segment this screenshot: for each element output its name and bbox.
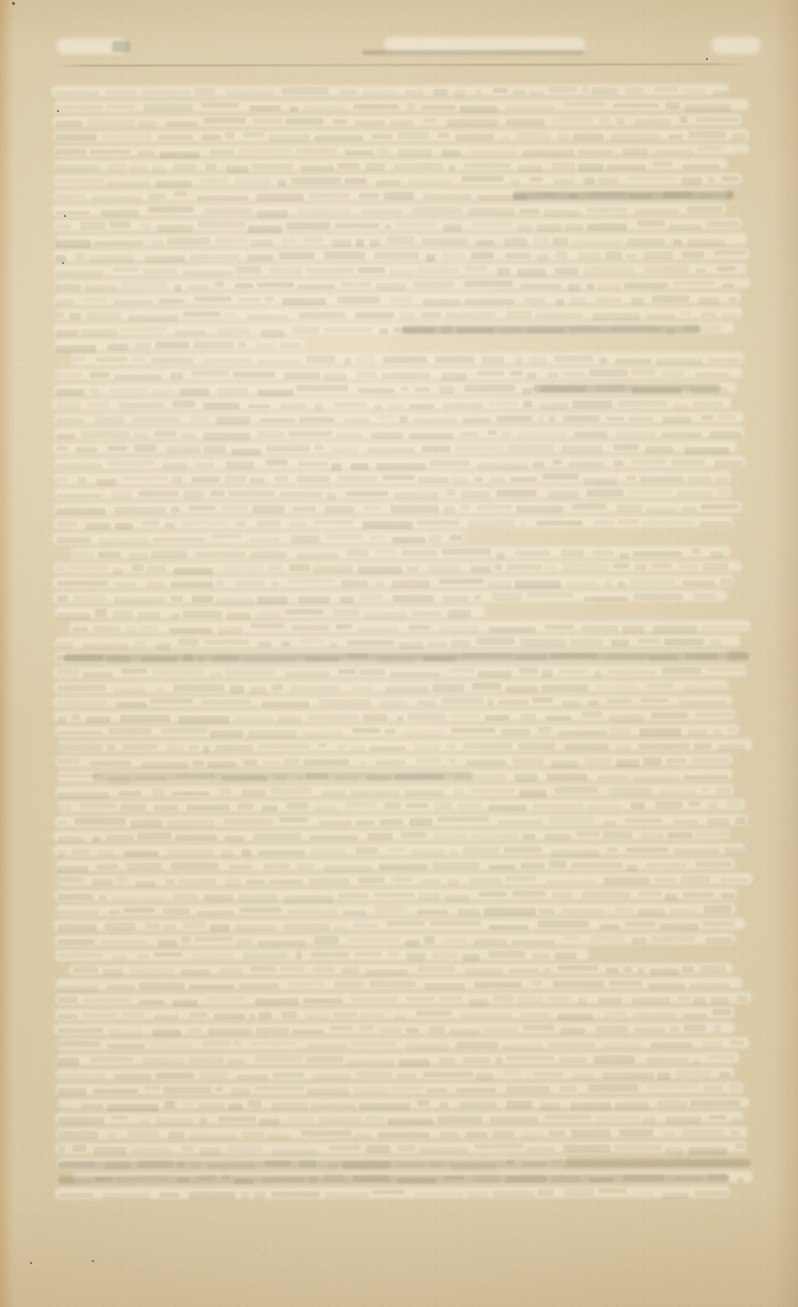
ghost-word bbox=[469, 149, 515, 155]
ghost-word bbox=[706, 937, 733, 944]
ghost-word bbox=[173, 1000, 198, 1007]
ghost-word bbox=[289, 106, 298, 112]
ghost-word bbox=[204, 403, 239, 410]
ghost-word bbox=[235, 177, 271, 184]
ghost-word bbox=[352, 923, 379, 929]
ghost-word bbox=[697, 117, 740, 123]
ghost-word bbox=[256, 1027, 289, 1034]
ghost-word bbox=[696, 268, 706, 273]
ghost-word bbox=[56, 134, 97, 141]
ghost-word bbox=[581, 625, 618, 631]
ghost-word bbox=[351, 1041, 396, 1046]
ghost-word bbox=[303, 105, 347, 112]
ghost-word bbox=[406, 953, 426, 961]
ghost-word bbox=[351, 790, 400, 795]
ghost-word bbox=[596, 1025, 628, 1033]
ghost-word bbox=[105, 923, 136, 931]
ghost-word bbox=[183, 610, 222, 617]
darker-ink-smudge bbox=[534, 384, 721, 392]
ghost-word bbox=[538, 416, 544, 422]
ghost-word bbox=[669, 224, 701, 231]
ghost-word bbox=[57, 684, 106, 690]
ghost-word bbox=[56, 389, 84, 397]
ghost-word bbox=[182, 1145, 193, 1152]
ghost-word bbox=[427, 1088, 447, 1093]
ghost-word bbox=[198, 1102, 224, 1108]
ghost-word bbox=[58, 910, 99, 915]
ghost-word bbox=[478, 462, 527, 469]
ghost-word bbox=[611, 134, 660, 141]
ghost-word bbox=[635, 1027, 665, 1032]
ghost-word bbox=[537, 253, 550, 261]
ghost-word bbox=[257, 389, 293, 397]
ghost-word bbox=[355, 312, 394, 318]
ghost-word bbox=[57, 566, 65, 572]
ghost-word bbox=[314, 520, 353, 525]
ghost-word bbox=[673, 819, 699, 825]
ghost-word bbox=[319, 820, 352, 827]
ghost-word bbox=[235, 521, 246, 526]
ghost-word bbox=[161, 728, 206, 733]
ghost-word bbox=[594, 1056, 635, 1063]
ghost-word bbox=[112, 1115, 129, 1120]
ghost-word bbox=[188, 984, 234, 990]
ghost-word bbox=[565, 1189, 595, 1197]
ghost-word bbox=[379, 864, 428, 871]
ghost-word bbox=[201, 700, 251, 705]
ghost-word bbox=[461, 491, 490, 498]
ghost-word bbox=[257, 596, 288, 604]
ghost-word bbox=[366, 969, 408, 976]
ghost-word bbox=[108, 910, 120, 915]
ghost-word bbox=[410, 818, 433, 826]
ghost-word bbox=[419, 1146, 468, 1153]
ghost-word bbox=[429, 460, 469, 466]
ghost-word bbox=[581, 87, 588, 94]
ghost-word bbox=[375, 906, 408, 913]
ghost-word bbox=[281, 1012, 297, 1019]
ghost-word bbox=[441, 698, 485, 704]
ghost-word bbox=[419, 893, 440, 900]
ghost-word bbox=[444, 506, 455, 514]
ghost-word bbox=[106, 89, 137, 95]
ghost-word bbox=[82, 329, 118, 336]
ghost-word bbox=[651, 712, 687, 718]
ghost-word bbox=[693, 593, 715, 600]
ghost-word bbox=[58, 985, 98, 993]
ghost-word bbox=[598, 283, 620, 291]
ghost-word bbox=[192, 477, 220, 483]
ghost-word bbox=[410, 433, 454, 439]
ghost-word bbox=[626, 476, 636, 481]
ghost-word bbox=[518, 743, 555, 751]
ghost-word bbox=[58, 1074, 106, 1080]
ghost-word bbox=[478, 891, 506, 897]
ghost-word bbox=[485, 714, 509, 721]
ghost-word bbox=[277, 716, 301, 724]
ghost-word bbox=[642, 833, 664, 839]
ghost-word bbox=[86, 523, 110, 531]
ghost-word bbox=[727, 727, 736, 732]
ghost-word bbox=[365, 612, 407, 619]
ghost-word bbox=[606, 968, 619, 974]
ghost-word bbox=[553, 237, 568, 244]
ghost-word bbox=[422, 446, 451, 452]
ghost-word bbox=[249, 1100, 262, 1107]
ghost-word bbox=[228, 1058, 244, 1064]
ghost-word bbox=[515, 357, 523, 365]
ghost-word bbox=[89, 372, 109, 378]
ghost-word bbox=[80, 803, 116, 809]
ghost-word bbox=[447, 489, 456, 496]
ghost-word bbox=[653, 626, 697, 633]
ghost-word bbox=[346, 802, 377, 808]
ghost-word bbox=[682, 892, 713, 898]
ghost-word bbox=[212, 534, 242, 539]
ghost-word bbox=[708, 667, 745, 672]
ghost-word bbox=[249, 552, 286, 559]
ghost-word bbox=[96, 479, 116, 486]
ghost-word bbox=[442, 549, 491, 554]
ghost-word bbox=[279, 491, 323, 497]
ghost-word bbox=[572, 400, 612, 408]
ghost-word bbox=[274, 475, 288, 481]
ghost-word bbox=[360, 209, 401, 214]
ghost-word bbox=[303, 998, 343, 1003]
ghost-word bbox=[731, 1040, 745, 1045]
ghost-word bbox=[561, 549, 584, 556]
ghost-word bbox=[57, 595, 68, 602]
ghost-word bbox=[115, 582, 136, 587]
ghost-word bbox=[375, 760, 406, 765]
ghost-word bbox=[699, 521, 730, 527]
ghost-word bbox=[717, 266, 736, 271]
ghost-word bbox=[243, 759, 257, 765]
ghost-word bbox=[559, 1057, 586, 1063]
ghost-word bbox=[339, 475, 377, 481]
ghost-word bbox=[683, 1013, 707, 1018]
ghost-word bbox=[182, 432, 196, 438]
ghost-word bbox=[191, 371, 229, 377]
ghost-word bbox=[76, 447, 98, 453]
ghost-word bbox=[199, 1118, 207, 1125]
ghost-word bbox=[259, 1118, 280, 1125]
ghost-word bbox=[226, 89, 273, 97]
ghost-word bbox=[225, 475, 246, 482]
ghost-word bbox=[303, 760, 348, 766]
ghost-word bbox=[280, 966, 305, 971]
ghost-word bbox=[423, 194, 472, 200]
ghost-word bbox=[333, 119, 348, 124]
ghost-word bbox=[509, 968, 538, 973]
ghost-word bbox=[156, 1072, 195, 1078]
ghost-word bbox=[246, 879, 265, 884]
ghost-word bbox=[281, 88, 328, 95]
ghost-word bbox=[107, 1043, 144, 1049]
ghost-word bbox=[57, 463, 102, 469]
ghost-word bbox=[379, 819, 403, 825]
ghost-word bbox=[447, 119, 498, 127]
ghost-word bbox=[591, 935, 624, 942]
ghost-word bbox=[188, 1027, 202, 1033]
ghost-word bbox=[681, 310, 691, 317]
ghost-word bbox=[76, 253, 84, 260]
ghost-word bbox=[735, 1143, 745, 1149]
ghost-word bbox=[549, 861, 568, 867]
ghost-word bbox=[493, 995, 512, 1002]
ghost-word bbox=[603, 1072, 654, 1079]
ghost-word bbox=[257, 282, 294, 287]
ghost-word bbox=[548, 1042, 595, 1047]
ghost-word bbox=[448, 878, 459, 885]
ghost-word bbox=[552, 981, 604, 988]
ghost-word bbox=[520, 714, 537, 721]
ghost-word bbox=[593, 550, 614, 555]
ghost-word bbox=[58, 1014, 77, 1019]
ghost-word bbox=[116, 701, 146, 708]
ghost-word bbox=[519, 209, 540, 214]
ghost-word bbox=[562, 936, 581, 941]
ghost-word bbox=[258, 432, 284, 438]
ghost-word bbox=[160, 151, 200, 159]
ghost-word bbox=[624, 966, 632, 973]
ghost-word bbox=[94, 416, 124, 423]
ghost-word bbox=[385, 686, 429, 693]
ghost-word bbox=[397, 1073, 416, 1079]
ghost-word bbox=[399, 642, 422, 650]
ghost-word bbox=[56, 90, 100, 96]
ghost-word bbox=[292, 1029, 324, 1034]
ghost-word bbox=[311, 1103, 355, 1109]
ghost-word bbox=[451, 727, 495, 733]
ghost-word bbox=[259, 359, 299, 364]
ghost-word bbox=[496, 1057, 503, 1064]
ghost-word bbox=[142, 1058, 183, 1066]
ghost-word bbox=[558, 669, 587, 674]
ghost-word bbox=[238, 895, 277, 903]
ghost-word bbox=[360, 1103, 411, 1110]
ghost-word bbox=[337, 296, 380, 303]
ghost-word bbox=[463, 954, 480, 961]
ghost-word bbox=[146, 922, 160, 928]
ghost-word bbox=[584, 478, 618, 486]
ghost-word bbox=[638, 908, 665, 916]
ghost-word bbox=[56, 312, 64, 318]
ghost-word bbox=[99, 538, 148, 545]
ghost-word bbox=[572, 504, 606, 510]
ghost-word bbox=[478, 671, 511, 678]
ghost-word bbox=[235, 924, 276, 932]
ghost-word bbox=[388, 403, 405, 409]
ghost-word bbox=[250, 686, 266, 694]
ghost-word bbox=[344, 359, 351, 366]
ghost-word bbox=[188, 1133, 237, 1141]
ghost-word bbox=[561, 445, 603, 453]
ghost-word bbox=[532, 980, 542, 985]
ghost-word bbox=[615, 907, 634, 914]
ghost-word bbox=[271, 787, 312, 794]
ghost-word bbox=[538, 921, 589, 928]
ghost-word bbox=[488, 951, 524, 958]
ghost-word bbox=[632, 369, 655, 375]
ghost-word bbox=[332, 239, 352, 247]
ghost-word bbox=[598, 997, 622, 1003]
ghost-word bbox=[229, 490, 275, 497]
ghost-word bbox=[376, 463, 425, 470]
ghost-word bbox=[58, 1116, 104, 1124]
ghost-word bbox=[72, 627, 88, 632]
ghost-word bbox=[710, 640, 722, 646]
ghost-word bbox=[171, 506, 180, 513]
ghost-word bbox=[127, 863, 162, 870]
ghost-word bbox=[562, 701, 580, 706]
ghost-word bbox=[695, 372, 729, 377]
ghost-word bbox=[107, 446, 128, 451]
ghost-word bbox=[441, 373, 468, 381]
ghost-word bbox=[57, 699, 107, 705]
ink-speck bbox=[64, 215, 66, 217]
ghost-word bbox=[569, 462, 604, 468]
ghost-word bbox=[138, 611, 160, 619]
ghost-word bbox=[57, 537, 91, 543]
ghost-word bbox=[107, 181, 150, 187]
ghost-word bbox=[114, 1074, 151, 1081]
ghost-word bbox=[206, 163, 217, 170]
ghost-word bbox=[226, 166, 247, 174]
ghost-word bbox=[558, 134, 570, 142]
ghost-word bbox=[683, 580, 715, 587]
ghost-word bbox=[537, 224, 562, 232]
ghost-word bbox=[459, 504, 470, 510]
ghost-word bbox=[707, 1055, 735, 1060]
ghost-word bbox=[611, 639, 628, 646]
ghost-word bbox=[216, 237, 247, 243]
ghost-word bbox=[626, 253, 636, 258]
ghost-word bbox=[560, 1027, 586, 1034]
ghost-word bbox=[450, 535, 462, 540]
ghost-word bbox=[342, 967, 359, 974]
ghost-word bbox=[489, 805, 527, 810]
ghost-word bbox=[456, 1088, 496, 1093]
ghost-word bbox=[56, 255, 66, 261]
ghost-word bbox=[540, 403, 568, 410]
ghost-word bbox=[561, 909, 605, 914]
ghost-word bbox=[644, 1117, 656, 1123]
ghost-word bbox=[510, 371, 523, 376]
ghost-word bbox=[339, 89, 356, 94]
ghost-word bbox=[732, 133, 746, 140]
ghost-word bbox=[684, 1025, 707, 1031]
ghost-word bbox=[249, 1013, 256, 1019]
ghost-word bbox=[358, 761, 367, 766]
ghost-word bbox=[150, 1041, 192, 1047]
ghost-word bbox=[407, 566, 419, 571]
ghost-word bbox=[56, 402, 80, 410]
ghost-word bbox=[379, 328, 387, 334]
ghost-word bbox=[89, 760, 131, 765]
ghost-word bbox=[422, 105, 456, 110]
ghost-word bbox=[518, 164, 543, 172]
ghost-word bbox=[446, 312, 497, 319]
ghost-word bbox=[138, 833, 172, 840]
ghost-word bbox=[505, 876, 535, 882]
ghost-word bbox=[523, 833, 536, 839]
ghost-word bbox=[622, 149, 648, 156]
ghost-word bbox=[256, 520, 281, 526]
ghost-word bbox=[57, 820, 66, 825]
ghost-word bbox=[462, 176, 504, 182]
ghost-word bbox=[58, 997, 77, 1003]
ghost-word bbox=[308, 1043, 348, 1049]
ghost-word bbox=[107, 743, 115, 751]
ghost-word bbox=[449, 850, 459, 855]
ghost-word bbox=[430, 921, 481, 926]
ghost-word bbox=[85, 285, 117, 291]
ghost-word bbox=[337, 745, 347, 751]
ghost-word bbox=[548, 415, 555, 422]
ghost-word bbox=[345, 150, 374, 156]
ghost-word bbox=[358, 267, 384, 273]
ghost-word bbox=[285, 609, 324, 615]
ghost-word bbox=[279, 817, 308, 822]
ghost-word bbox=[628, 416, 653, 421]
ghost-word bbox=[652, 295, 690, 302]
ghost-word bbox=[325, 534, 364, 539]
ghost-word bbox=[679, 563, 699, 569]
ghost-word bbox=[107, 985, 134, 990]
ghost-word bbox=[659, 789, 696, 795]
ghost-word bbox=[271, 1103, 308, 1111]
ghost-word bbox=[464, 298, 514, 305]
ink-speck bbox=[12, 2, 15, 5]
ghost-word bbox=[698, 146, 725, 151]
ghost-word bbox=[247, 314, 288, 320]
ghost-word bbox=[615, 1102, 649, 1110]
ghost-word bbox=[203, 432, 250, 440]
ghost-word bbox=[286, 119, 324, 124]
ghost-word bbox=[312, 1074, 350, 1080]
ghost-word bbox=[591, 87, 617, 94]
ghost-word bbox=[222, 505, 248, 510]
ghost-word bbox=[255, 998, 299, 1006]
ghost-word bbox=[732, 1117, 742, 1123]
ghost-word bbox=[215, 1086, 223, 1091]
ghost-word bbox=[247, 255, 273, 261]
ghost-word bbox=[670, 908, 697, 914]
ghost-word bbox=[578, 252, 601, 259]
ghost-word bbox=[400, 832, 427, 837]
ghost-word bbox=[143, 104, 192, 111]
ghost-word bbox=[57, 730, 102, 735]
ghost-word bbox=[156, 643, 170, 651]
ghost-word bbox=[315, 135, 363, 141]
ghost-word bbox=[384, 192, 414, 200]
ghost-word bbox=[279, 252, 315, 260]
ghost-word bbox=[513, 758, 543, 765]
ghost-word bbox=[297, 596, 330, 603]
ghost-word bbox=[530, 177, 542, 182]
ghost-word bbox=[537, 520, 583, 525]
ghost-word bbox=[603, 1042, 641, 1050]
ghost-word bbox=[657, 358, 703, 365]
ghost-word bbox=[449, 164, 455, 171]
ghost-word bbox=[564, 1144, 610, 1152]
ghost-word bbox=[351, 686, 374, 691]
ghost-word bbox=[163, 908, 190, 915]
ghost-word bbox=[291, 177, 341, 185]
ghost-word bbox=[513, 891, 546, 896]
ghost-word bbox=[472, 683, 501, 690]
